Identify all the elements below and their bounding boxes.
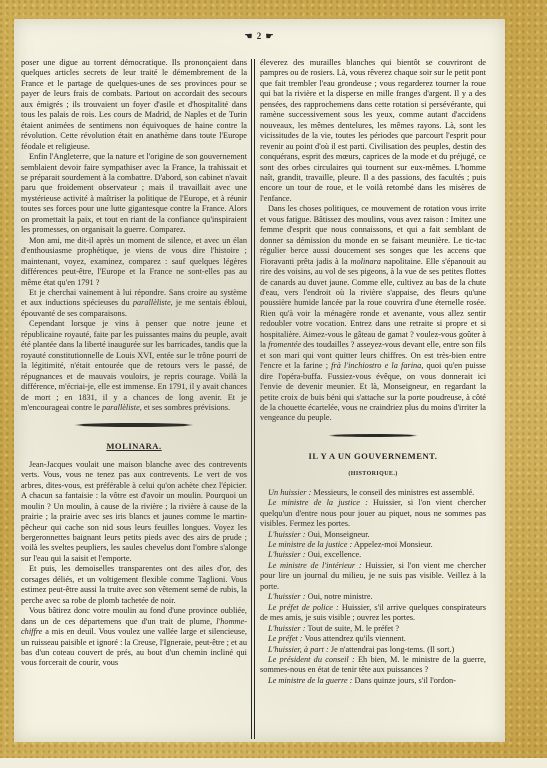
dialog-line: L'huissier : Oui, Monseigneur. xyxy=(260,530,486,540)
right-column: éleverez des murailles blanches qui bien… xyxy=(260,58,486,686)
ornamental-rule xyxy=(74,423,194,427)
dialog-line: L'huissier : Oui, notre ministre. xyxy=(260,592,486,602)
paragraph: éleverez des murailles blanches qui bien… xyxy=(260,58,486,204)
dialog-line: Le ministre de la justice : Huissier, si… xyxy=(260,498,486,529)
dialog-line: Le préfet : Vous attendrez qu'ils vienne… xyxy=(260,634,486,644)
ornamental-rule xyxy=(328,434,418,437)
newspaper-page: ☚ 2 ☛ poser une digue au torrent démocra… xyxy=(14,19,505,742)
paragraph: Jean-Jacques voulait une maison blanche … xyxy=(21,460,247,565)
paragraph: Enfin l'Angleterre, que la nature et l'o… xyxy=(21,152,247,236)
dialog-line: Un huissier : Messieurs, le conseil des … xyxy=(260,488,486,498)
dialog-line: Le ministre de la guerre : Dans quinze j… xyxy=(260,676,486,686)
section-subtitle: (HISTORIQUE.) xyxy=(260,469,486,479)
emphasis: fromentée xyxy=(268,340,301,349)
section-title-molinara: MOLINARA. xyxy=(21,441,247,451)
next-page-edge xyxy=(0,758,547,768)
dialog-line: Le ministre de la justice : Appelez-moi … xyxy=(260,540,486,550)
emphasis: parallèliste xyxy=(133,298,171,307)
emphasis: parallèliste xyxy=(102,403,140,412)
dialog-line: Le préfet de police : Huissier, s'il arr… xyxy=(260,603,486,624)
paragraph: Cependant lorsque je vins à penser que n… xyxy=(21,319,247,413)
dialog-line: Le président du conseil : Eh bien, M. le… xyxy=(260,655,486,676)
paragraph: Et je cherchai vainement à lui répondre.… xyxy=(21,288,247,319)
paragraph: Vous bâtirez donc votre moulin au fond d… xyxy=(21,606,247,669)
paragraph: Mon ami, me dit-il après un moment de si… xyxy=(21,236,247,288)
paragraph: Dans les choses politiques, ce mouvement… xyxy=(260,204,486,424)
dialog-line: L'huissier, à part : Je n'attendrai pas … xyxy=(260,645,486,655)
paragraph: poser une digue au torrent démocratique.… xyxy=(21,58,247,152)
dialog-line: Le ministre de l'intérieur : Huissier, s… xyxy=(260,561,486,592)
left-column: poser une digue au torrent démocratique.… xyxy=(21,58,247,669)
emphasis: molinara xyxy=(351,257,381,266)
dialog-line: L'huissier : Tout de suite, M. le préfet… xyxy=(260,624,486,634)
emphasis: frà l'inchiostro e la farina xyxy=(331,361,421,370)
dialog: Un huissier : Messieurs, le conseil des … xyxy=(260,488,486,687)
paragraph: Et puis, les demoiselles transparentes o… xyxy=(21,564,247,606)
dialog-line: L'huissier : Oui, excellence. xyxy=(260,550,486,560)
section-title-gouvernement: IL Y A UN GOUVERNEMENT. xyxy=(260,451,486,461)
page-number: ☚ 2 ☛ xyxy=(14,31,505,42)
column-divider xyxy=(251,59,255,739)
